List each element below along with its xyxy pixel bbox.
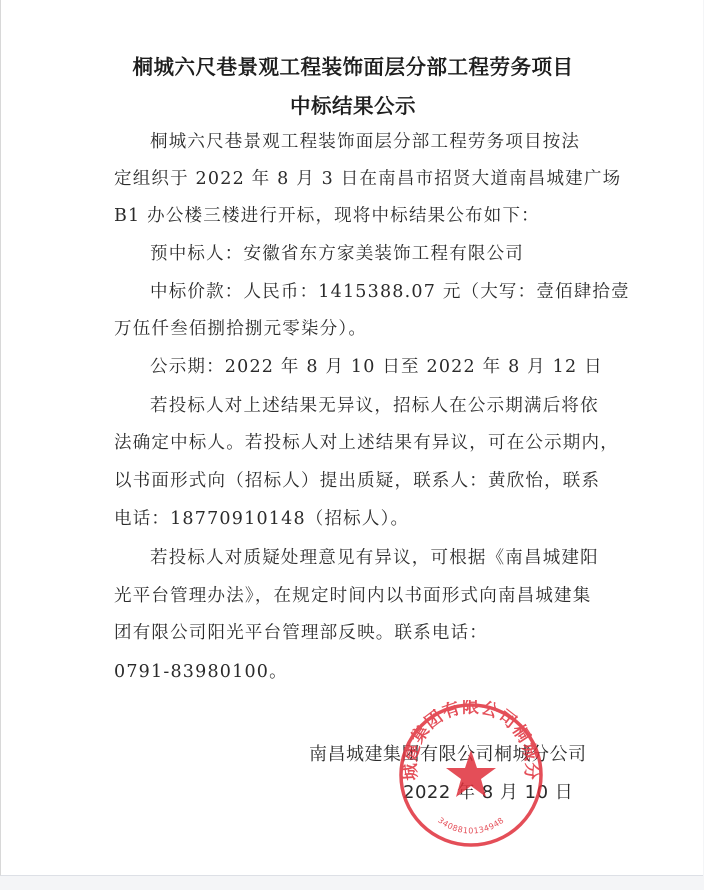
body-line: B1 办公楼三楼进行开标，现将中标结果公布如下：	[114, 205, 540, 227]
body-line: 若投标人对上述结果无异议，招标人在公示期满后将依	[150, 395, 599, 417]
complaint-phone-line: 0791-83980100。	[114, 661, 288, 683]
document-page: 桐城六尺巷景观工程装饰面层分部工程劳务项目 中标结果公示 桐城六尺巷景观工程装饰…	[0, 0, 703, 876]
winning-bidder-line: 预中标人：安徽省东方家美装饰工程有限公司	[150, 243, 524, 265]
contact-phone-line: 电话：18770910148（招标人）。	[114, 508, 409, 530]
svg-text:3408810134948: 3408810134948	[436, 816, 506, 836]
body-line: 团有限公司阳光平台管理部反映。联系电话：	[114, 622, 488, 644]
document-title-line1: 桐城六尺巷景观工程装饰面层分部工程劳务项目	[1, 50, 704, 80]
body-line: 法确定中标人。若投标人对上述结果有异议，可在公示期内，	[114, 432, 619, 454]
body-line: 桐城六尺巷景观工程装饰面层分部工程劳务项目按法	[150, 131, 580, 153]
document-title-line2: 中标结果公示	[1, 89, 704, 119]
bid-price-line: 中标价款：人民币：1415388.07 元（大写：壹佰肆拾壹	[150, 281, 630, 303]
body-line: 万伍仟叁佰捌拾捌元零柒分）。	[114, 318, 367, 340]
body-line: 光平台管理办法》，在规定时间内以书面形式向南昌城建集	[114, 585, 591, 607]
body-line: 定组织于 2022 年 8 月 3 日在南昌市招贤大道南昌城建广场	[114, 168, 621, 190]
company-seal-icon: 南昌城建集团有限公司桐城分公司 3408810134948	[396, 700, 546, 850]
body-line: 若投标人对质疑处理意见有异议，可根据《南昌城建阳	[150, 547, 599, 569]
body-line: 以书面形式向（招标人）提出质疑，联系人：黄欣怡，联系	[114, 470, 600, 492]
publicity-period-line: 公示期：2022 年 8 月 10 日至 2022 年 8 月 12 日	[150, 356, 603, 378]
